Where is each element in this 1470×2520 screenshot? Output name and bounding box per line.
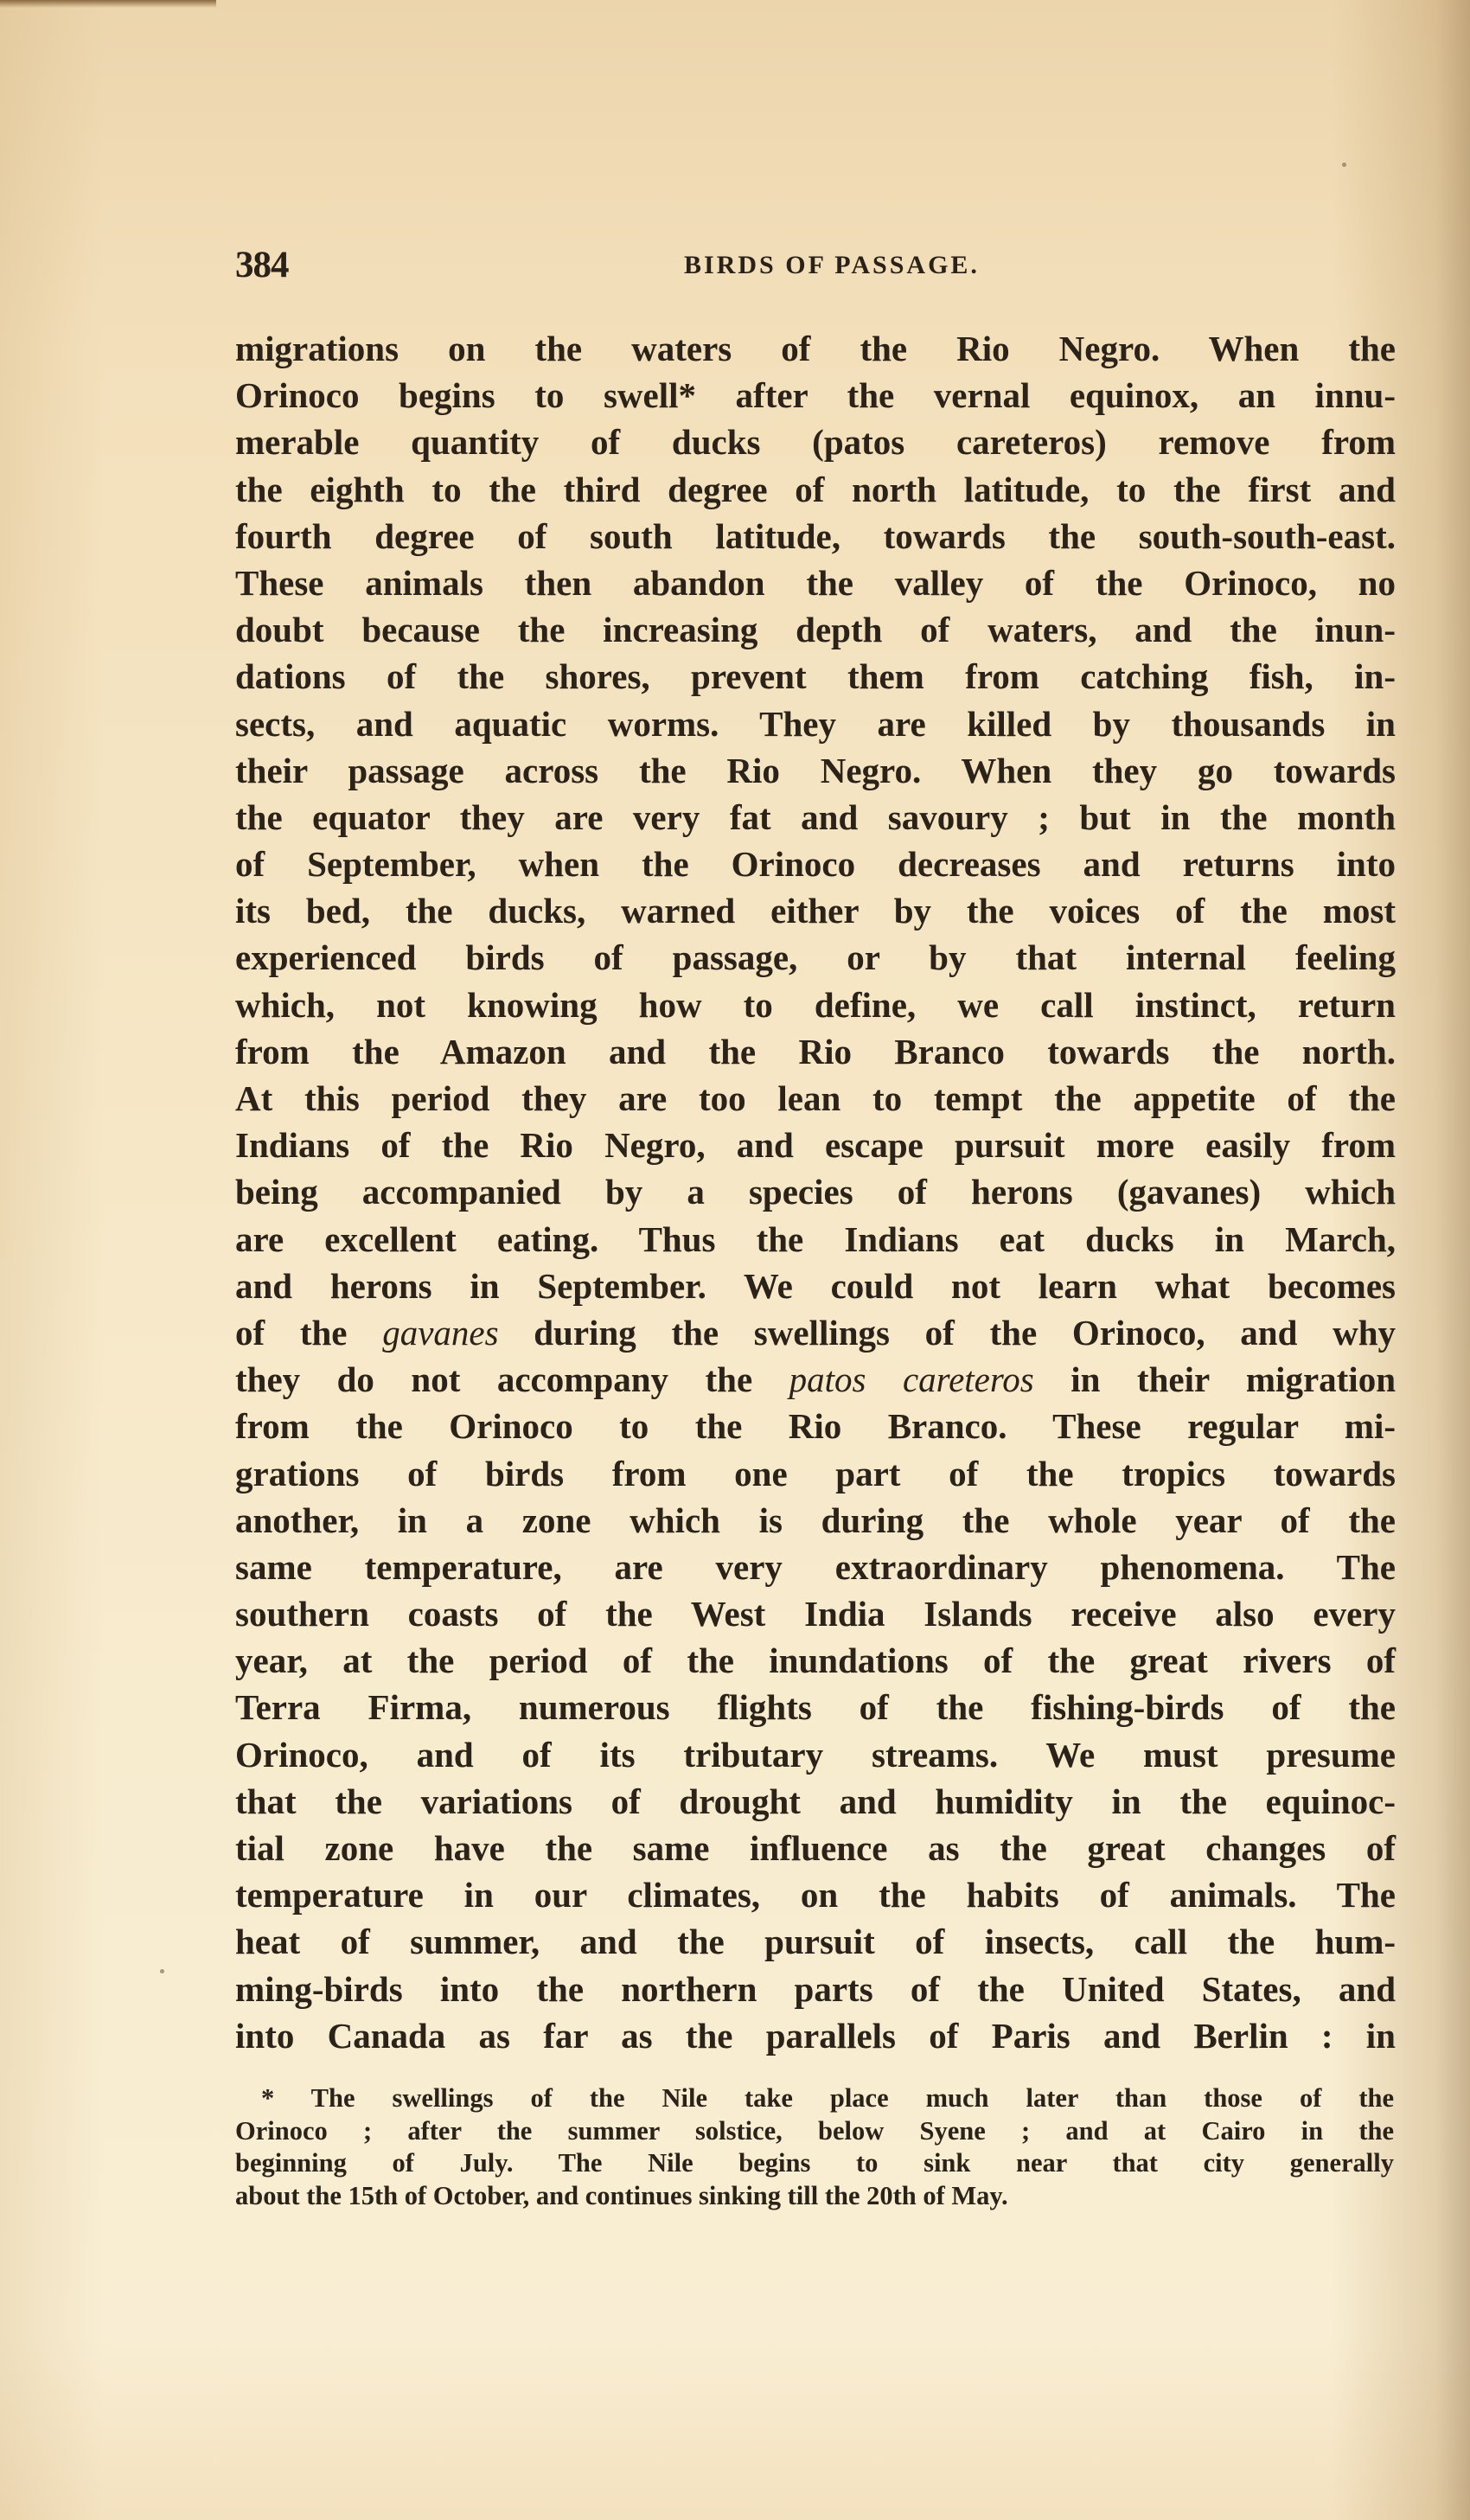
text-segment: of the bbox=[235, 1313, 382, 1353]
text-line: southern coasts of the West India Island… bbox=[235, 1590, 1396, 1637]
text-line: merable quantity of ducks (patos careter… bbox=[235, 419, 1396, 465]
footnote-line: * The swellings of the Nile take place m… bbox=[235, 2082, 1394, 2115]
text-line: which, not knowing how to define, we cal… bbox=[235, 982, 1396, 1028]
text-line: Orinoco, and of its tributary streams. W… bbox=[235, 1731, 1396, 1778]
text-line-with-italic: of the gavanes during the swellings of t… bbox=[235, 1309, 1396, 1356]
text-line: another, in a zone which is during the w… bbox=[235, 1497, 1396, 1544]
text-segment: they do not accompany the bbox=[235, 1359, 789, 1399]
text-line: These animals then abandon the valley of… bbox=[235, 560, 1396, 606]
text-line: from the Amazon and the Rio Branco towar… bbox=[235, 1028, 1396, 1075]
footnote-line: beginning of July. The Nile begins to si… bbox=[235, 2147, 1394, 2180]
text-line: experienced birds of passage, or by that… bbox=[235, 934, 1396, 981]
footnote-line: about the 15th of October, and continues… bbox=[235, 2180, 1394, 2213]
text-segment: in their migration bbox=[1034, 1359, 1396, 1399]
text-line: At this period they are too lean to temp… bbox=[235, 1075, 1396, 1122]
text-line: Indians of the Rio Negro, and escape pur… bbox=[235, 1122, 1396, 1168]
text-line: that the variations of drought and humid… bbox=[235, 1778, 1396, 1825]
text-line: Terra Firma, numerous flights of the fis… bbox=[235, 1684, 1396, 1730]
paper-speck bbox=[1342, 163, 1346, 167]
text-line: temperature in our climates, on the habi… bbox=[235, 1871, 1396, 1918]
text-line: are excellent eating. Thus the Indians e… bbox=[235, 1216, 1396, 1263]
text-line: same temperature, are very extraordinary… bbox=[235, 1544, 1396, 1590]
text-line-with-italic: they do not accompany the patos caretero… bbox=[235, 1356, 1396, 1403]
footnote: * The swellings of the Nile take place m… bbox=[235, 2082, 1394, 2212]
text-line: from the Orinoco to the Rio Branco. Thes… bbox=[235, 1403, 1396, 1449]
text-line: Orinoco begins to swell* after the verna… bbox=[235, 372, 1396, 419]
text-line: and herons in September. We could not le… bbox=[235, 1263, 1396, 1309]
text-line: being accompanied by a species of herons… bbox=[235, 1168, 1396, 1215]
text-line: year, at the period of the inundations o… bbox=[235, 1637, 1396, 1684]
text-line: their passage across the Rio Negro. When… bbox=[235, 747, 1396, 794]
text-line: the eighth to the third degree of north … bbox=[235, 466, 1396, 513]
text-line: of September, when the Orinoco decreases… bbox=[235, 841, 1396, 887]
text-line: doubt because the increasing depth of wa… bbox=[235, 606, 1396, 653]
text-line: migrations on the waters of the Rio Negr… bbox=[235, 325, 1396, 372]
text-line: the equator they are very fat and savour… bbox=[235, 794, 1396, 841]
scan-edge-shadow bbox=[0, 0, 216, 8]
text-line: heat of summer, and the pursuit of insec… bbox=[235, 1918, 1396, 1965]
book-page: 384 BIRDS OF PASSAGE. migrations on the … bbox=[0, 0, 1470, 2520]
text-line: tial zone have the same influence as the… bbox=[235, 1825, 1396, 1871]
running-title: BIRDS OF PASSAGE. bbox=[235, 251, 1394, 280]
italic-term: patos careteros bbox=[789, 1359, 1034, 1399]
text-line: fourth degree of south latitude, towards… bbox=[235, 513, 1396, 560]
text-segment: during the swellings of the Orinoco, and… bbox=[499, 1313, 1396, 1353]
italic-term: gavanes bbox=[382, 1313, 498, 1353]
body-text: migrations on the waters of the Rio Negr… bbox=[235, 325, 1396, 2059]
footnote-line: Orinoco ; after the summer solstice, bel… bbox=[235, 2115, 1394, 2148]
text-line: dations of the shores, prevent them from… bbox=[235, 653, 1396, 700]
running-header: 384 BIRDS OF PASSAGE. bbox=[235, 244, 1394, 296]
paper-speck bbox=[160, 1969, 164, 1973]
text-line: its bed, the ducks, warned either by the… bbox=[235, 887, 1396, 934]
text-line: into Canada as far as the parallels of P… bbox=[235, 2012, 1396, 2059]
text-line: ming-birds into the northern parts of th… bbox=[235, 1966, 1396, 2012]
text-line: grations of birds from one part of the t… bbox=[235, 1450, 1396, 1497]
text-line: sects, and aquatic worms. They are kille… bbox=[235, 700, 1396, 747]
